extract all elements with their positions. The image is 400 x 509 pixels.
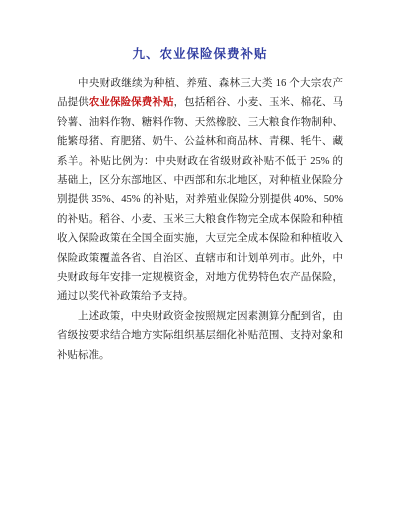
body-text-segment: ，包括稻谷、小麦、玉米、棉花、马铃薯、油料作物、糖料作物、天然橡胶、三大粮食作物… [57,97,343,302]
document-body: 中央财政继续为种植、养殖、森林三大类 16 个大宗农产品提供农业保险保费补贴，包… [57,74,343,365]
paragraph: 中央财政继续为种植、养殖、森林三大类 16 个大宗农产品提供农业保险保费补贴，包… [57,74,343,307]
page-title: 九、农业保险保费补贴 [57,46,343,63]
body-text-segment: 上述政策，中央财政资金按照规定因素测算分配到省，由省级按要求结合地方实际组织基层… [57,311,343,361]
paragraph: 上述政策，中央财政资金按照规定因素测算分配到省，由省级按要求结合地方实际组织基层… [57,307,343,365]
highlighted-term: 农业保险保费补贴 [89,97,174,108]
document-page: 九、农业保险保费补贴 中央财政继续为种植、养殖、森林三大类 16 个大宗农产品提… [0,0,400,509]
